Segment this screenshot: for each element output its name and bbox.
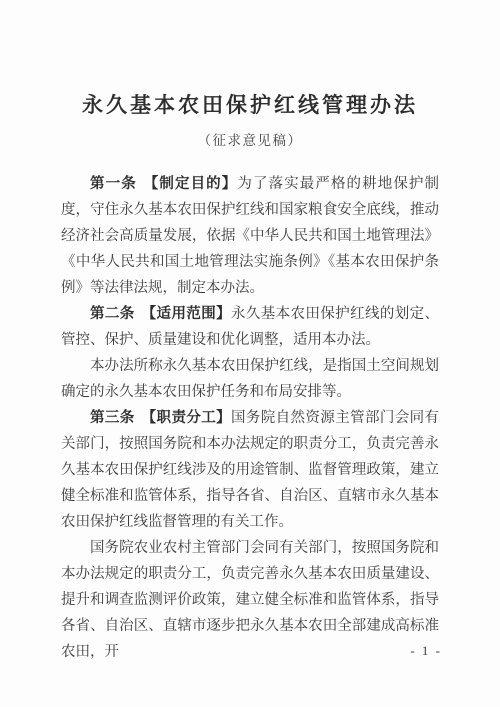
document-paragraph: 国务院农业农村主管部门会同有关部门，按照国务院和本办法规定的职责分工，负责完善永… (61, 535, 439, 665)
article-topic-bracket: 【适用范围】 (142, 306, 231, 322)
article-topic-bracket: 【职责分工】 (142, 410, 231, 426)
paragraph-text: 国务院自然资源主管部门会同有关部门，按照国务院和本办法规定的职责分工，负责完善永… (61, 410, 439, 530)
document-paragraph: 第一条【制定目的】为了落实最严格的耕地保护制度，守住永久基本农田保护红线和国家粮… (61, 171, 439, 301)
article-number-label: 第一条 (90, 176, 137, 192)
paragraph-text: 为了落实最严格的耕地保护制度，守住永久基本农田保护红线和国家粮食安全底线，推动经… (61, 176, 439, 296)
document-paragraph: 第二条【适用范围】永久基本农田保护红线的划定、管控、保护、质量建设和优化调整，适… (61, 301, 439, 353)
article-topic-bracket: 【制定目的】 (144, 176, 238, 192)
paragraph-text: 国务院农业农村主管部门会同有关部门，按照国务院和本办法规定的职责分工，负责完善永… (61, 540, 439, 660)
document-subtitle: （征求意见稿） (0, 131, 500, 150)
article-number-label: 第二条 (90, 306, 135, 322)
document-body: 第一条【制定目的】为了落实最严格的耕地保护制度，守住永久基本农田保护红线和国家粮… (61, 171, 439, 665)
page-number: - 1 - (410, 643, 442, 659)
document-paragraph: 第三条【职责分工】国务院自然资源主管部门会同有关部门，按照国务院和本办法规定的职… (61, 405, 439, 535)
document-title: 永久基本农田保护红线管理办法 (0, 0, 500, 120)
article-number-label: 第三条 (90, 410, 135, 426)
document-paragraph: 本办法所称永久基本农田保护红线，是指国土空间规划确定的永久基本农田保护任务和布局… (61, 353, 439, 405)
paragraph-text: 本办法所称永久基本农田保护红线，是指国土空间规划确定的永久基本农田保护任务和布局… (61, 358, 439, 400)
document-page: 永久基本农田保护红线管理办法 （征求意见稿） 第一条【制定目的】为了落实最严格的… (0, 0, 500, 707)
